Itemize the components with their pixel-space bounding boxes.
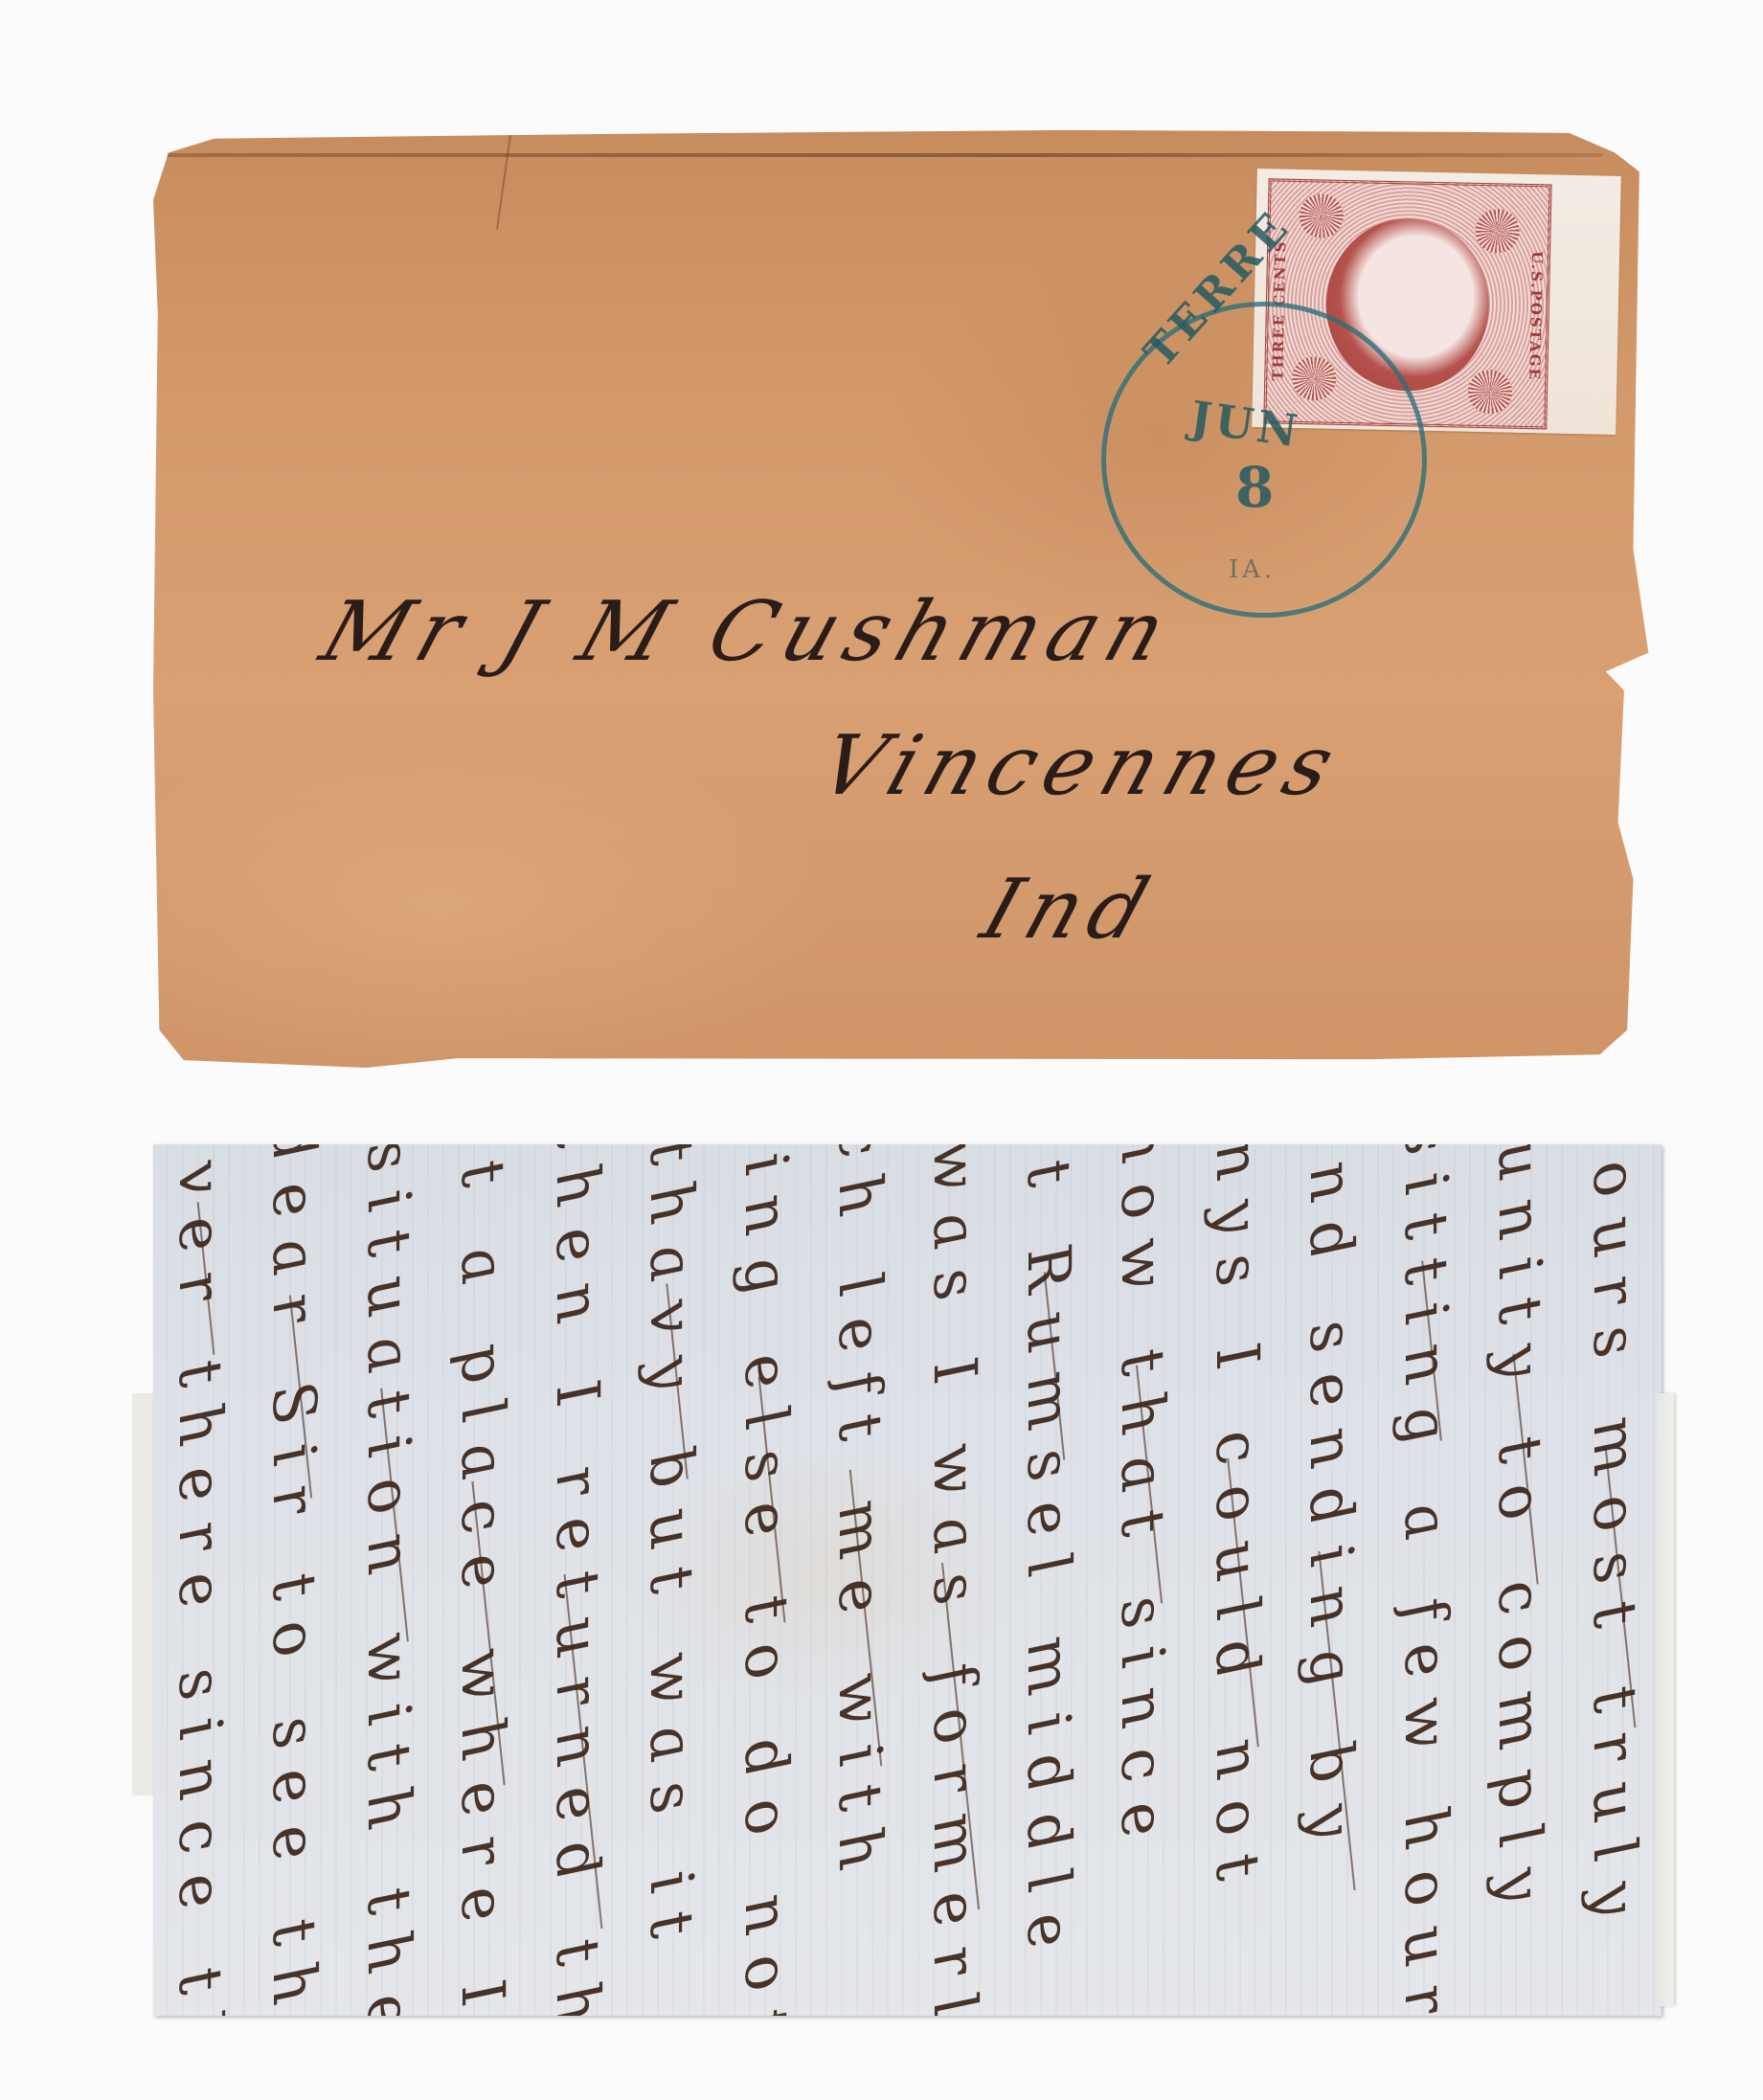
letter-script-column: ever there since the world	[159, 1144, 236, 2016]
letter-script-column: then I returned the	[536, 1144, 613, 2016]
postmark-state: IA.	[1229, 555, 1276, 584]
address-city: Vincennes	[808, 718, 1355, 814]
envelope: THREE CENTS U.S.POSTAGE TERRE JUN 8 IA. …	[153, 124, 1676, 1068]
letter-script-column: and sending by	[1290, 1144, 1367, 2016]
envelope-flap-crease	[167, 153, 1603, 157]
postmark: TERRE JUN 8 IA.	[1101, 302, 1427, 618]
rosette-icon	[1468, 370, 1513, 415]
letter-inner-fold-left	[132, 1393, 155, 1795]
letter-script-column: unity to comply	[1479, 1144, 1555, 2016]
letter-script-column: nys I could not	[1196, 1144, 1273, 2016]
letter-script-column: was I was formerly	[914, 1144, 990, 2016]
letter-script-column: thavy but was it	[630, 1144, 707, 2016]
letter-script-column: situation with the pleasure	[348, 1144, 424, 2016]
postmark-day: 8	[1235, 455, 1274, 520]
letter-script-column: now that since	[1101, 1144, 1178, 2016]
stamp-country: U.S.POSTAGE	[1517, 206, 1547, 426]
address-state: Ind	[971, 862, 1169, 958]
folded-letter: ever there since the worlddear Sir to se…	[153, 1144, 1661, 2016]
letter-script-column: yours most truly	[1573, 1144, 1650, 2016]
letter-script-column: ch left me with	[819, 1144, 895, 2016]
envelope-tear	[496, 134, 511, 229]
rosette-icon	[1475, 209, 1520, 254]
letter-script-column: at a place where I	[441, 1144, 518, 2016]
letter-script-column: ring else to do not	[725, 1144, 802, 2016]
address-recipient: Mr J M Cushman	[310, 584, 1187, 680]
postmark-month: JUN	[1187, 391, 1304, 458]
letter-script-column: dear Sir to see the moving	[253, 1144, 329, 2016]
rosette-icon	[1299, 193, 1344, 238]
letter-inner-fold-right	[1657, 1393, 1674, 2006]
